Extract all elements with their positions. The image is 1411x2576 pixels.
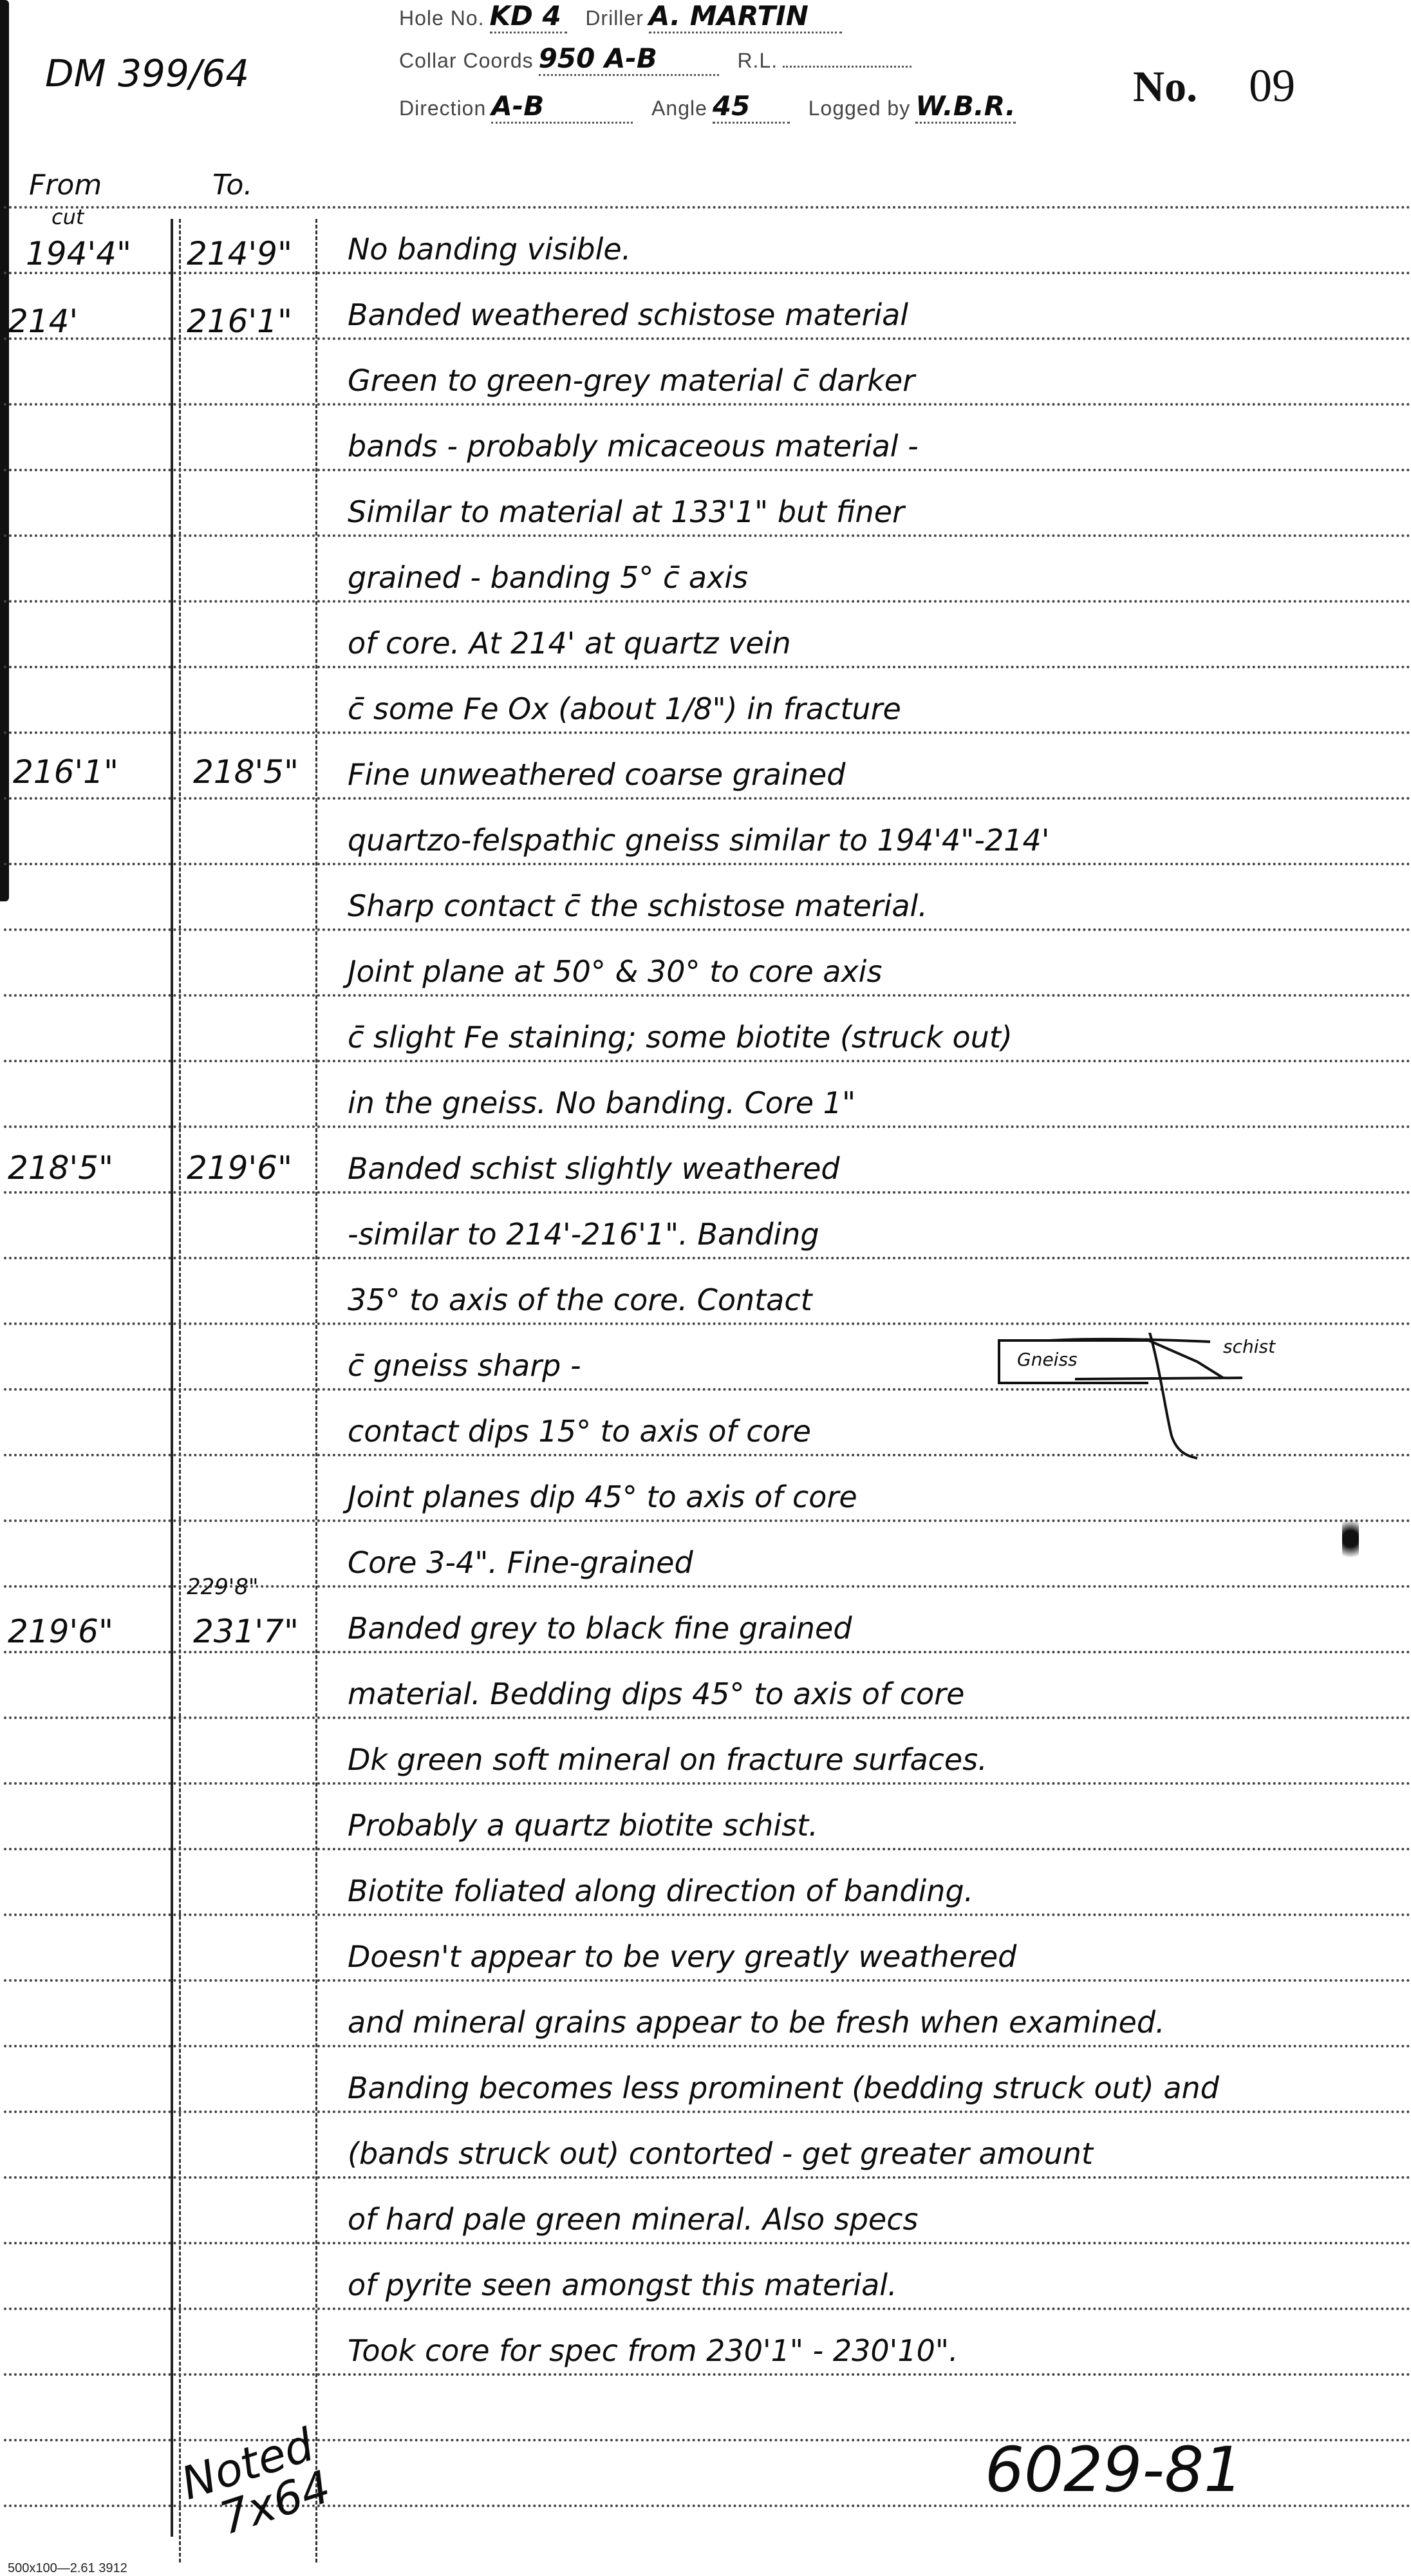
form-row-hole: Hole No.KD 4 DrillerA. MARTIN — [399, 0, 854, 33]
contact-sketch: Gneiss schist — [998, 1333, 1332, 1462]
ink-blot — [1342, 1513, 1359, 1565]
log-note-line: c̄ slight Fe staining; some biotite (str… — [348, 1020, 1013, 1055]
log-note-line: Probably a quartz biotite schist. — [348, 1808, 818, 1843]
ruled-line — [4, 2242, 1411, 2244]
log-note-line: Banded grey to black fine grained — [348, 1611, 852, 1646]
ruled-line — [4, 928, 1411, 931]
log-note-line: Took core for spec from 230'1" - 230'10"… — [348, 2333, 958, 2368]
log-note-line: of pyrite seen amongst this material. — [348, 2268, 897, 2302]
entry-5-from: 219'6" — [8, 1613, 113, 1650]
direction-value: A-B — [491, 90, 633, 124]
log-note-line: Banded schist slightly weathered — [348, 1151, 840, 1186]
log-note-line: of core. At 214' at quartz vein — [348, 626, 791, 661]
log-note-line: and mineral grains appear to be fresh wh… — [348, 2005, 1165, 2040]
log-note-line: quartzo-felspathic gneiss similar to 194… — [348, 823, 1049, 858]
log-note-line: c̄ gneiss sharp - — [348, 1348, 581, 1383]
binding-edge — [0, 0, 9, 901]
ruled-line — [4, 1519, 1411, 1522]
entry-3-from: 216'1" — [13, 753, 118, 791]
ruled-line — [4, 2111, 1411, 2113]
log-note-line: Sharp contact c̄ the schistose material. — [348, 888, 928, 923]
form-row-direction: DirectionA-B Angle45 Logged byW.B.R. — [399, 90, 1027, 124]
ruled-line — [4, 1716, 1411, 1719]
entry-4-from: 218'5" — [8, 1149, 113, 1187]
entry-5-to: 231'7" — [193, 1613, 299, 1650]
collar-coords-label: Collar Coords — [399, 49, 534, 72]
ruled-line — [4, 2176, 1411, 2179]
ruled-line — [4, 1651, 1411, 1653]
logged-by-value: W.B.R. — [915, 90, 1016, 124]
ruled-line — [4, 2045, 1411, 2047]
log-note-line: Banded weathered schistose material — [348, 297, 908, 332]
ruled-line — [4, 797, 1411, 800]
log-note-line: Doesn't appear to be very greatly weathe… — [348, 1939, 1016, 1974]
ruled-line — [4, 1848, 1411, 1850]
hole-no-label: Hole No. — [399, 6, 485, 30]
entry-1-to: 214'9" — [187, 235, 292, 272]
log-note-line: Joint plane at 50° & 30° to core axis — [348, 954, 882, 989]
ruled-line — [4, 1322, 1411, 1325]
log-note-line: Similar to material at 133'1" but finer — [348, 494, 904, 529]
print-code: 500x100—2.61 3912 — [8, 2561, 127, 2576]
entry-5-to-correction: 229'8" — [187, 1574, 259, 1600]
ruled-line — [4, 1125, 1411, 1128]
ruled-line — [4, 2308, 1411, 2310]
ruled-line — [4, 1257, 1411, 1259]
ruled-line — [4, 1913, 1411, 1916]
ruled-line — [4, 666, 1411, 668]
direction-label: Direction — [399, 97, 486, 120]
ruled-line — [4, 863, 1411, 865]
column-from-heading: From — [29, 169, 102, 202]
driller-value: A. MARTIN — [649, 0, 842, 33]
entry-1-from: 194'4" — [26, 235, 131, 272]
angle-value: 45 — [713, 90, 790, 124]
ruled-line — [4, 2373, 1411, 2376]
log-note-line: 35° to axis of the core. Contact — [348, 1283, 812, 1317]
rl-label: R.L. — [737, 49, 778, 72]
log-note-line: Fine unweathered coarse grained — [348, 757, 845, 792]
column-to-heading: To. — [212, 169, 252, 202]
column-divider-inner — [179, 219, 181, 2562]
collar-coords-value: 950 A-B — [539, 42, 719, 76]
form-row-collar: Collar Coords950 A-B R.L. — [399, 42, 923, 76]
ruled-line — [4, 1060, 1411, 1062]
ruled-line — [4, 1979, 1411, 1982]
angle-label: Angle — [651, 97, 707, 120]
hole-no-value: KD 4 — [490, 0, 567, 33]
log-note-line: Banding becomes less prominent (bedding … — [348, 2071, 1219, 2105]
ruled-line — [4, 206, 1411, 209]
log-note-line: bands - probably micaceous material - — [348, 429, 919, 464]
log-note-line: -similar to 214'-216'1". Banding — [348, 1217, 819, 1252]
log-note-line: c̄ some Fe Ox (about 1/8") in fracture — [348, 691, 901, 726]
column-divider-from-to — [171, 219, 173, 2537]
ruled-line — [4, 731, 1411, 734]
ruled-line — [4, 600, 1411, 603]
log-note-line: contact dips 15° to axis of core — [348, 1414, 811, 1449]
log-note-line: Biotite foliated along direction of band… — [348, 1874, 973, 1908]
log-note-line: Core 3-4". Fine-grained — [348, 1545, 693, 1580]
ruled-line — [4, 994, 1411, 997]
sheet-number-label: No. — [1133, 62, 1197, 111]
entry-3-to: 218'5" — [193, 753, 299, 791]
log-note-line: No banding visible. — [348, 232, 631, 267]
log-note-line: in the gneiss. No banding. Core 1" — [348, 1086, 855, 1120]
ruled-line — [4, 403, 1411, 406]
log-note-line: material. Bedding dips 45° to axis of co… — [348, 1677, 964, 1711]
register-number: 6029-81 — [985, 2434, 1243, 2506]
sheet-number-value: 09 — [1249, 60, 1295, 111]
reference-code: DM 399/64 — [45, 52, 249, 95]
log-note-line: Dk green soft mineral on fracture surfac… — [348, 1742, 987, 1777]
driller-label: Driller — [585, 6, 644, 30]
ruled-line — [4, 1191, 1411, 1194]
rl-value — [783, 66, 911, 68]
ruled-line — [4, 534, 1411, 537]
entry-2-to: 216'1" — [187, 303, 292, 340]
ruled-line — [4, 469, 1411, 471]
sheet-number: No.09 — [1133, 59, 1295, 113]
log-note-line: (bands struck out) contorted - get great… — [348, 2136, 1093, 2171]
entry-2-from: 214' — [8, 303, 78, 340]
log-note-line: Green to green-grey material c̄ darker — [348, 363, 915, 398]
entry-4-to: 219'6" — [187, 1149, 292, 1187]
column-divider-to-notes — [315, 219, 317, 2562]
ruled-line — [4, 1782, 1411, 1785]
log-note-line: of hard pale green mineral. Also specs — [348, 2202, 919, 2237]
log-note-line: Joint planes dip 45° to axis of core — [348, 1480, 857, 1514]
logged-by-label: Logged by — [808, 97, 910, 120]
log-note-line: grained - banding 5° c̄ axis — [348, 560, 748, 595]
sketch-contact-line-icon — [998, 1333, 1332, 1462]
